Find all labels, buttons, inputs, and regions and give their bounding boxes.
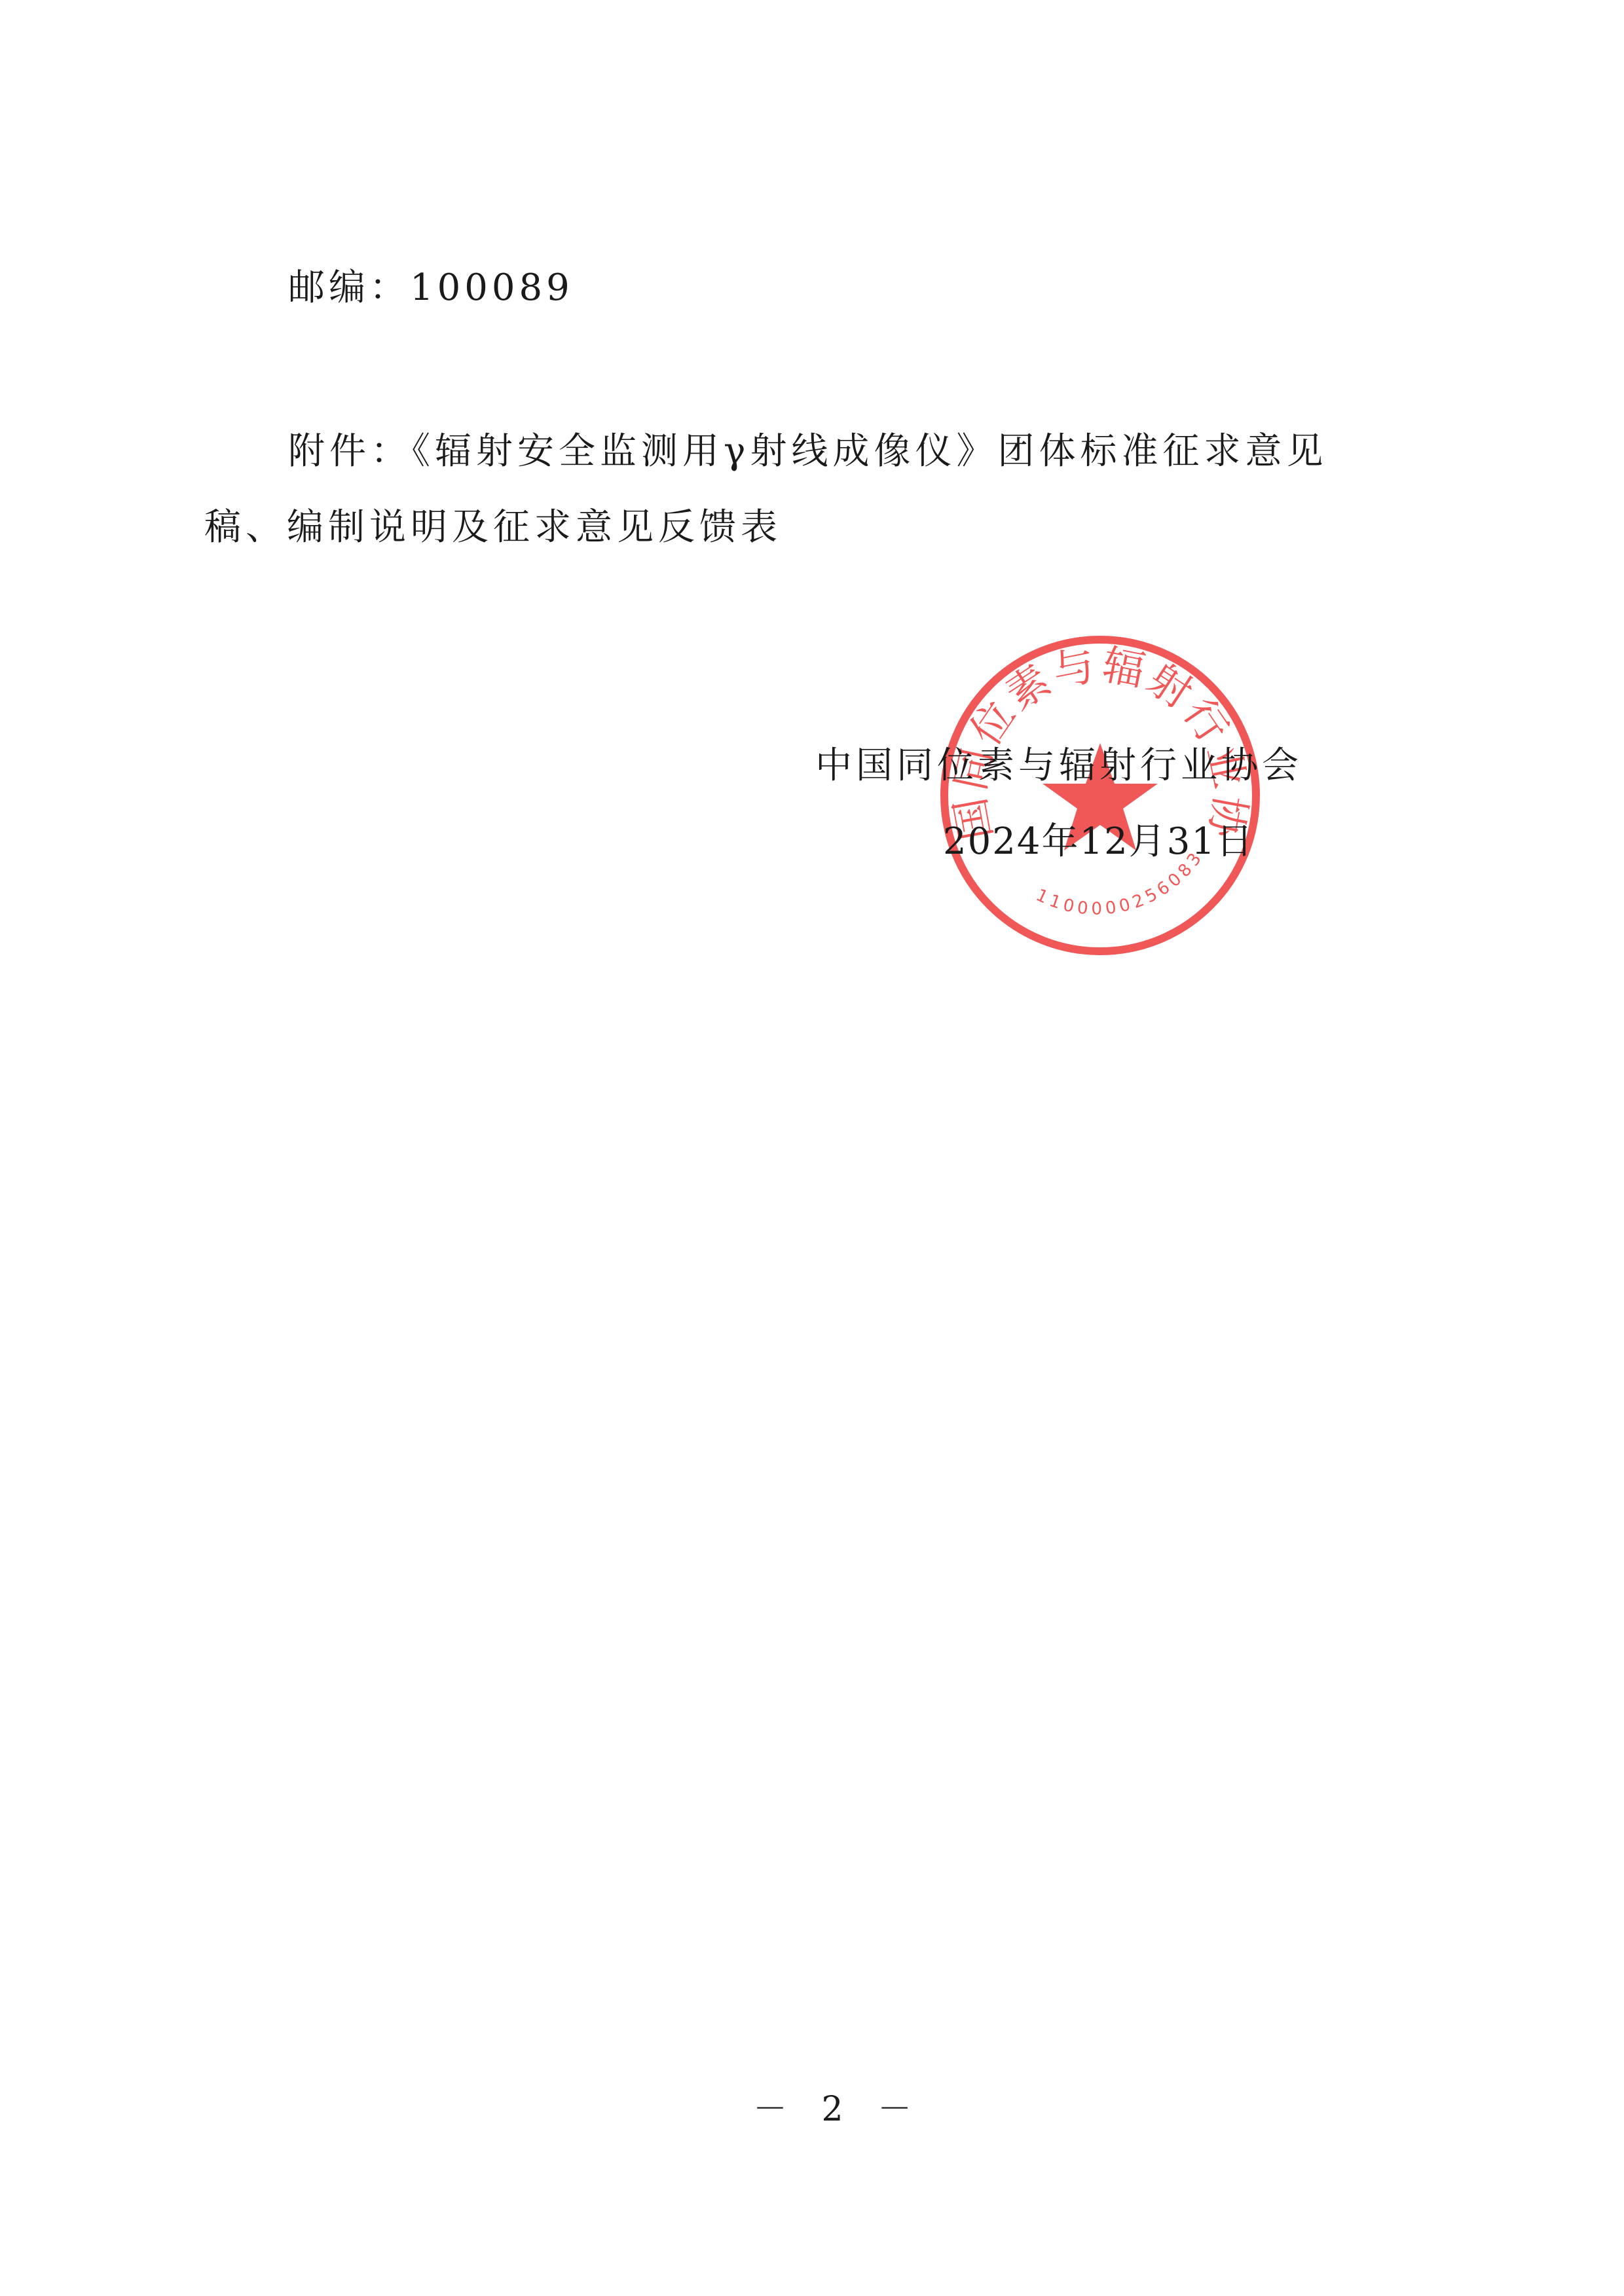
page-number: － 2 －	[753, 2086, 923, 2133]
official-seal: 中国同位素与辐射行业协会 1100000256083	[936, 632, 1264, 959]
attachment-line-2: 稿、编制说明及征求意见反馈表	[204, 504, 782, 551]
postcode-line: 邮编：100089	[288, 264, 574, 312]
attachment-line-1: 附件：《辐射安全监测用γ射线成像仪》团体标准征求意见	[288, 428, 1327, 475]
signature-organization: 中国同位素与辐射行业协会	[815, 742, 1302, 790]
signature-date: 2024年12月31日	[943, 818, 1254, 866]
seal-icon: 中国同位素与辐射行业协会 1100000256083	[936, 632, 1264, 959]
